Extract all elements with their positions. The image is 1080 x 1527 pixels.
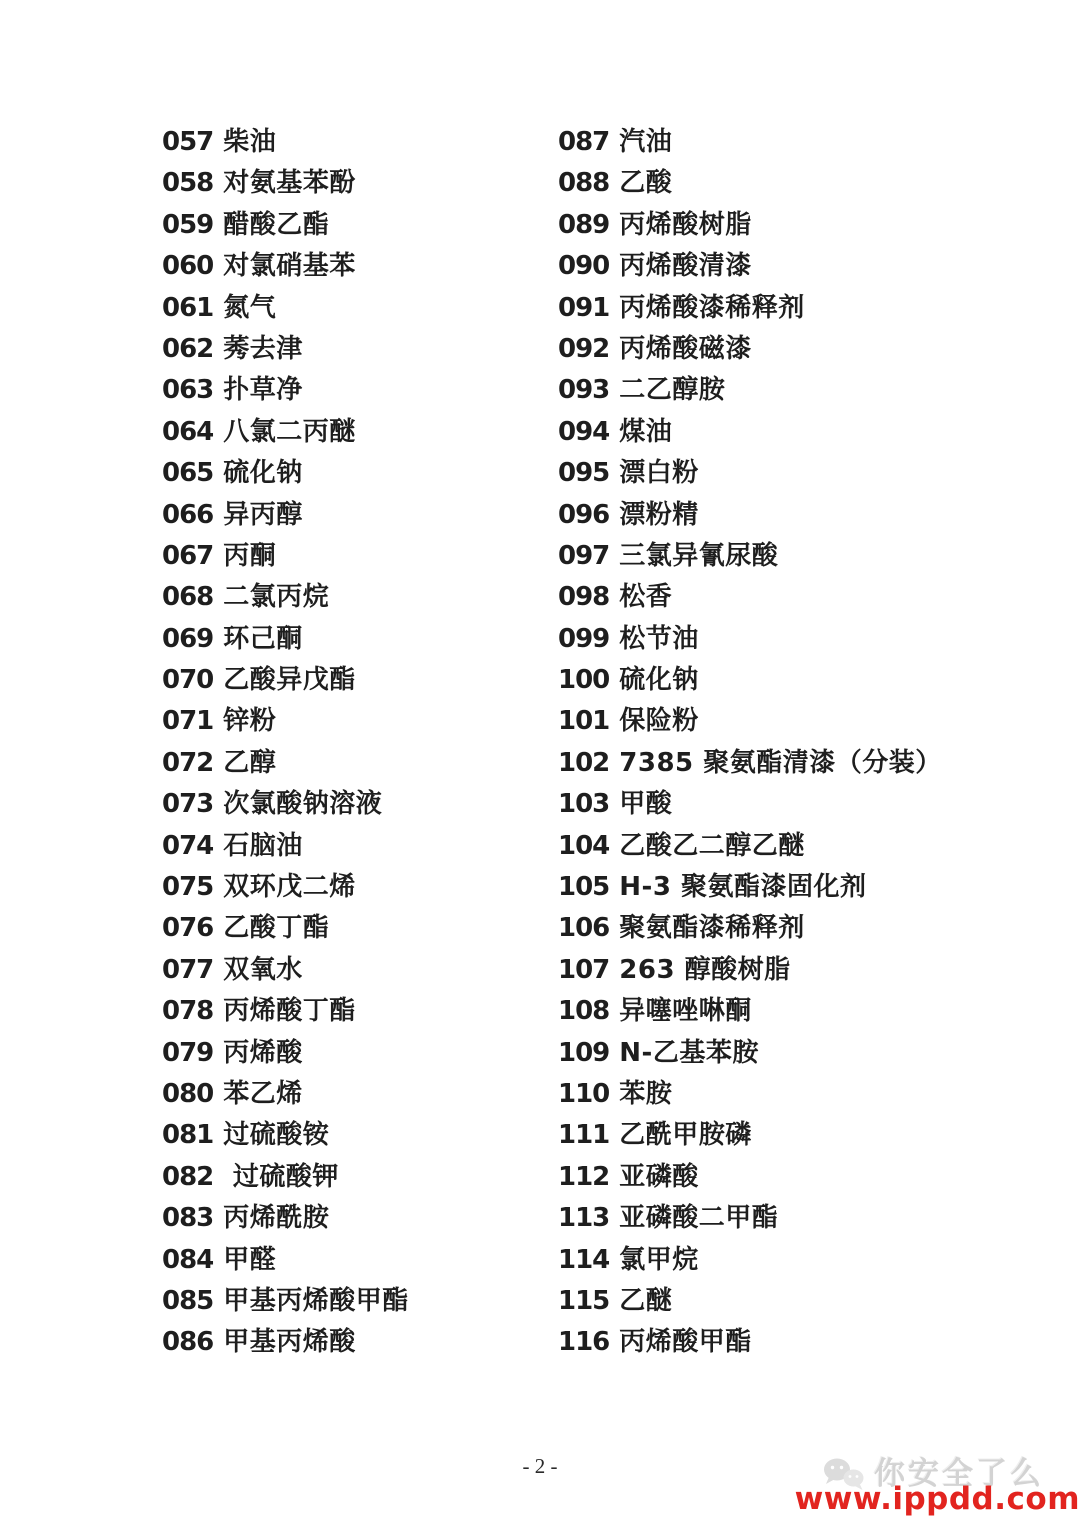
item-name: 过硫酸钾 — [223, 1157, 339, 1198]
item-name: 三氯异氰尿酸 — [619, 536, 778, 577]
item-name: 柴油 — [223, 122, 276, 163]
list-item: 110苯胺 — [558, 1074, 1058, 1115]
item-name: 丙烯酸清漆 — [619, 246, 752, 287]
list-item: 075双环戊二烯 — [162, 867, 542, 908]
item-number: 103 — [558, 784, 609, 825]
item-number: 069 — [162, 619, 213, 660]
chemical-list-column-right: 087汽油088乙酸089丙烯酸树脂090丙烯酸清漆091丙烯酸漆稀释剂092丙… — [558, 122, 1058, 1364]
list-item: 092丙烯酸磁漆 — [558, 329, 1058, 370]
list-item: 087汽油 — [558, 122, 1058, 163]
item-number: 085 — [162, 1281, 213, 1322]
list-item: 058对氨基苯酚 — [162, 163, 542, 204]
item-name: 263 醇酸树脂 — [619, 950, 790, 991]
item-name: H-3 聚氨酯漆固化剂 — [619, 867, 866, 908]
item-number: 077 — [162, 950, 213, 991]
item-number: 062 — [162, 329, 213, 370]
item-name: 锌粉 — [223, 701, 276, 742]
item-number: 072 — [162, 743, 213, 784]
list-item: 066异丙醇 — [162, 495, 542, 536]
item-number: 091 — [558, 288, 609, 329]
watermark-url: www.ippdd.com — [795, 1484, 1080, 1515]
item-number: 106 — [558, 908, 609, 949]
item-number: 066 — [162, 495, 213, 536]
item-number: 111 — [558, 1115, 609, 1156]
item-number: 087 — [558, 122, 609, 163]
item-number: 098 — [558, 577, 609, 618]
item-number: 079 — [162, 1033, 213, 1074]
item-name: 对氯硝基苯 — [223, 246, 356, 287]
item-number: 113 — [558, 1198, 609, 1239]
item-number: 096 — [558, 495, 609, 536]
item-number: 073 — [162, 784, 213, 825]
item-number: 086 — [162, 1322, 213, 1363]
list-item: 095漂白粉 — [558, 453, 1058, 494]
list-item: 079丙烯酸 — [162, 1033, 542, 1074]
item-number: 065 — [162, 453, 213, 494]
list-item: 093二乙醇胺 — [558, 370, 1058, 411]
list-item: 096漂粉精 — [558, 495, 1058, 536]
item-name: 甲醛 — [223, 1240, 276, 1281]
item-name: 7385 聚氨酯清漆（分装） — [619, 743, 941, 784]
list-item: 069环己酮 — [162, 619, 542, 660]
list-item: 068二氯丙烷 — [162, 577, 542, 618]
list-item: 107263 醇酸树脂 — [558, 950, 1058, 991]
item-number: 058 — [162, 163, 213, 204]
item-name: 甲基丙烯酸甲酯 — [223, 1281, 409, 1322]
item-name: 汽油 — [619, 122, 672, 163]
item-number: 092 — [558, 329, 609, 370]
item-name: 环己酮 — [223, 619, 303, 660]
item-number: 078 — [162, 991, 213, 1032]
list-item: 072乙醇 — [162, 743, 542, 784]
item-name: 煤油 — [619, 412, 672, 453]
list-item: 064八氯二丙醚 — [162, 412, 542, 453]
item-number: 104 — [558, 826, 609, 867]
list-item: 085甲基丙烯酸甲酯 — [162, 1281, 542, 1322]
list-item: 080苯乙烯 — [162, 1074, 542, 1115]
item-name: 莠去津 — [223, 329, 303, 370]
item-name: 过硫酸铵 — [223, 1115, 329, 1156]
list-item: 088乙酸 — [558, 163, 1058, 204]
item-number: 083 — [162, 1198, 213, 1239]
item-number: 070 — [162, 660, 213, 701]
item-name: 乙酰甲胺磷 — [619, 1115, 752, 1156]
item-name: 漂粉精 — [619, 495, 699, 536]
item-number: 112 — [558, 1157, 609, 1198]
item-number: 061 — [162, 288, 213, 329]
list-item: 082 过硫酸钾 — [162, 1157, 542, 1198]
list-item: 076乙酸丁酯 — [162, 908, 542, 949]
item-name: 丙烯酸磁漆 — [619, 329, 752, 370]
item-name: 丙烯酰胺 — [223, 1198, 329, 1239]
item-number: 115 — [558, 1281, 609, 1322]
list-item: 078丙烯酸丁酯 — [162, 991, 542, 1032]
item-name: 丙酮 — [223, 536, 276, 577]
item-name: 二乙醇胺 — [619, 370, 725, 411]
item-name: 丙烯酸甲酯 — [619, 1322, 752, 1363]
item-number: 097 — [558, 536, 609, 577]
item-name: 丙烯酸 — [223, 1033, 303, 1074]
item-number: 075 — [162, 867, 213, 908]
list-item: 112亚磷酸 — [558, 1157, 1058, 1198]
item-name: 醋酸乙酯 — [223, 205, 329, 246]
item-number: 057 — [162, 122, 213, 163]
item-name: 甲基丙烯酸 — [223, 1322, 356, 1363]
item-number: 102 — [558, 743, 609, 784]
item-name: N-乙基苯胺 — [619, 1033, 759, 1074]
item-number: 095 — [558, 453, 609, 494]
item-number: 084 — [162, 1240, 213, 1281]
item-name: 乙酸异戊酯 — [223, 660, 356, 701]
item-number: 080 — [162, 1074, 213, 1115]
item-number: 093 — [558, 370, 609, 411]
item-name: 异噻唑啉酮 — [619, 991, 752, 1032]
item-name: 乙酸乙二醇乙醚 — [619, 826, 805, 867]
item-name: 松节油 — [619, 619, 699, 660]
list-item: 062莠去津 — [162, 329, 542, 370]
list-item: 059醋酸乙酯 — [162, 205, 542, 246]
item-name: 异丙醇 — [223, 495, 303, 536]
list-item: 113亚磷酸二甲酯 — [558, 1198, 1058, 1239]
list-item: 060对氯硝基苯 — [162, 246, 542, 287]
list-item: 099松节油 — [558, 619, 1058, 660]
item-name: 双环戊二烯 — [223, 867, 356, 908]
list-item: 103甲酸 — [558, 784, 1058, 825]
list-item: 091丙烯酸漆稀释剂 — [558, 288, 1058, 329]
item-name: 亚磷酸 — [619, 1157, 699, 1198]
item-number: 060 — [162, 246, 213, 287]
chemical-list-column-left: 057柴油058对氨基苯酚059醋酸乙酯060对氯硝基苯061氮气062莠去津0… — [162, 122, 542, 1364]
item-number: 090 — [558, 246, 609, 287]
item-number: 064 — [162, 412, 213, 453]
list-item: 089丙烯酸树脂 — [558, 205, 1058, 246]
item-number: 088 — [558, 163, 609, 204]
item-name: 甲酸 — [619, 784, 672, 825]
list-item: 057柴油 — [162, 122, 542, 163]
item-number: 109 — [558, 1033, 609, 1074]
item-number: 074 — [162, 826, 213, 867]
list-item: 106聚氨酯漆稀释剂 — [558, 908, 1058, 949]
list-item: 067丙酮 — [162, 536, 542, 577]
list-item: 061氮气 — [162, 288, 542, 329]
list-item: 115乙醚 — [558, 1281, 1058, 1322]
list-item: 074石脑油 — [162, 826, 542, 867]
document-page: 057柴油058对氨基苯酚059醋酸乙酯060对氯硝基苯061氮气062莠去津0… — [0, 0, 1080, 1527]
item-number: 081 — [162, 1115, 213, 1156]
item-name: 八氯二丙醚 — [223, 412, 356, 453]
list-item: 090丙烯酸清漆 — [558, 246, 1058, 287]
list-item: 065硫化钠 — [162, 453, 542, 494]
list-item: 109N-乙基苯胺 — [558, 1033, 1058, 1074]
item-name: 苯乙烯 — [223, 1074, 303, 1115]
list-item: 104乙酸乙二醇乙醚 — [558, 826, 1058, 867]
item-number: 116 — [558, 1322, 609, 1363]
item-name: 扑草净 — [223, 370, 303, 411]
item-number: 094 — [558, 412, 609, 453]
list-item: 097三氯异氰尿酸 — [558, 536, 1058, 577]
list-item: 077双氧水 — [162, 950, 542, 991]
item-name: 二氯丙烷 — [223, 577, 329, 618]
item-number: 067 — [162, 536, 213, 577]
list-item: 108异噻唑啉酮 — [558, 991, 1058, 1032]
item-name: 氯甲烷 — [619, 1240, 699, 1281]
list-item: 086甲基丙烯酸 — [162, 1322, 542, 1363]
item-name: 乙酸丁酯 — [223, 908, 329, 949]
item-name: 石脑油 — [223, 826, 303, 867]
list-item: 094煤油 — [558, 412, 1058, 453]
item-name: 氮气 — [223, 288, 276, 329]
item-name: 乙醚 — [619, 1281, 672, 1322]
list-item: 063扑草净 — [162, 370, 542, 411]
list-item: 098松香 — [558, 577, 1058, 618]
list-item: 084甲醛 — [162, 1240, 542, 1281]
list-item: 105H-3 聚氨酯漆固化剂 — [558, 867, 1058, 908]
item-number: 063 — [162, 370, 213, 411]
item-number: 107 — [558, 950, 609, 991]
item-name: 硫化钠 — [619, 660, 699, 701]
item-number: 101 — [558, 701, 609, 742]
item-name: 亚磷酸二甲酯 — [619, 1198, 778, 1239]
item-number: 089 — [558, 205, 609, 246]
item-name: 乙酸 — [619, 163, 672, 204]
list-item: 081过硫酸铵 — [162, 1115, 542, 1156]
item-name: 苯胺 — [619, 1074, 672, 1115]
item-name: 丙烯酸树脂 — [619, 205, 752, 246]
list-item: 1027385 聚氨酯清漆（分装） — [558, 743, 1058, 784]
item-name: 对氨基苯酚 — [223, 163, 356, 204]
list-item: 070乙酸异戊酯 — [162, 660, 542, 701]
item-name: 聚氨酯漆稀释剂 — [619, 908, 805, 949]
item-name: 乙醇 — [223, 743, 276, 784]
item-name: 松香 — [619, 577, 672, 618]
item-number: 059 — [162, 205, 213, 246]
page-number: - 2 - — [523, 1454, 558, 1478]
item-name: 丙烯酸漆稀释剂 — [619, 288, 805, 329]
item-name: 漂白粉 — [619, 453, 699, 494]
item-name: 次氯酸钠溶液 — [223, 784, 382, 825]
item-number: 100 — [558, 660, 609, 701]
list-item: 083丙烯酰胺 — [162, 1198, 542, 1239]
item-number: 099 — [558, 619, 609, 660]
item-name: 保险粉 — [619, 701, 699, 742]
item-number: 114 — [558, 1240, 609, 1281]
item-name: 硫化钠 — [223, 453, 303, 494]
list-item: 101保险粉 — [558, 701, 1058, 742]
item-number: 076 — [162, 908, 213, 949]
list-item: 071锌粉 — [162, 701, 542, 742]
item-name: 丙烯酸丁酯 — [223, 991, 356, 1032]
item-number: 110 — [558, 1074, 609, 1115]
item-number: 105 — [558, 867, 609, 908]
item-number: 068 — [162, 577, 213, 618]
list-item: 111乙酰甲胺磷 — [558, 1115, 1058, 1156]
item-number: 108 — [558, 991, 609, 1032]
list-item: 114氯甲烷 — [558, 1240, 1058, 1281]
item-number: 071 — [162, 701, 213, 742]
list-item: 073次氯酸钠溶液 — [162, 784, 542, 825]
list-item: 100硫化钠 — [558, 660, 1058, 701]
watermark: 你安全了么 www.ippdd.com — [795, 1456, 1080, 1515]
item-number: 082 — [162, 1157, 213, 1198]
item-name: 双氧水 — [223, 950, 303, 991]
list-item: 116丙烯酸甲酯 — [558, 1322, 1058, 1363]
